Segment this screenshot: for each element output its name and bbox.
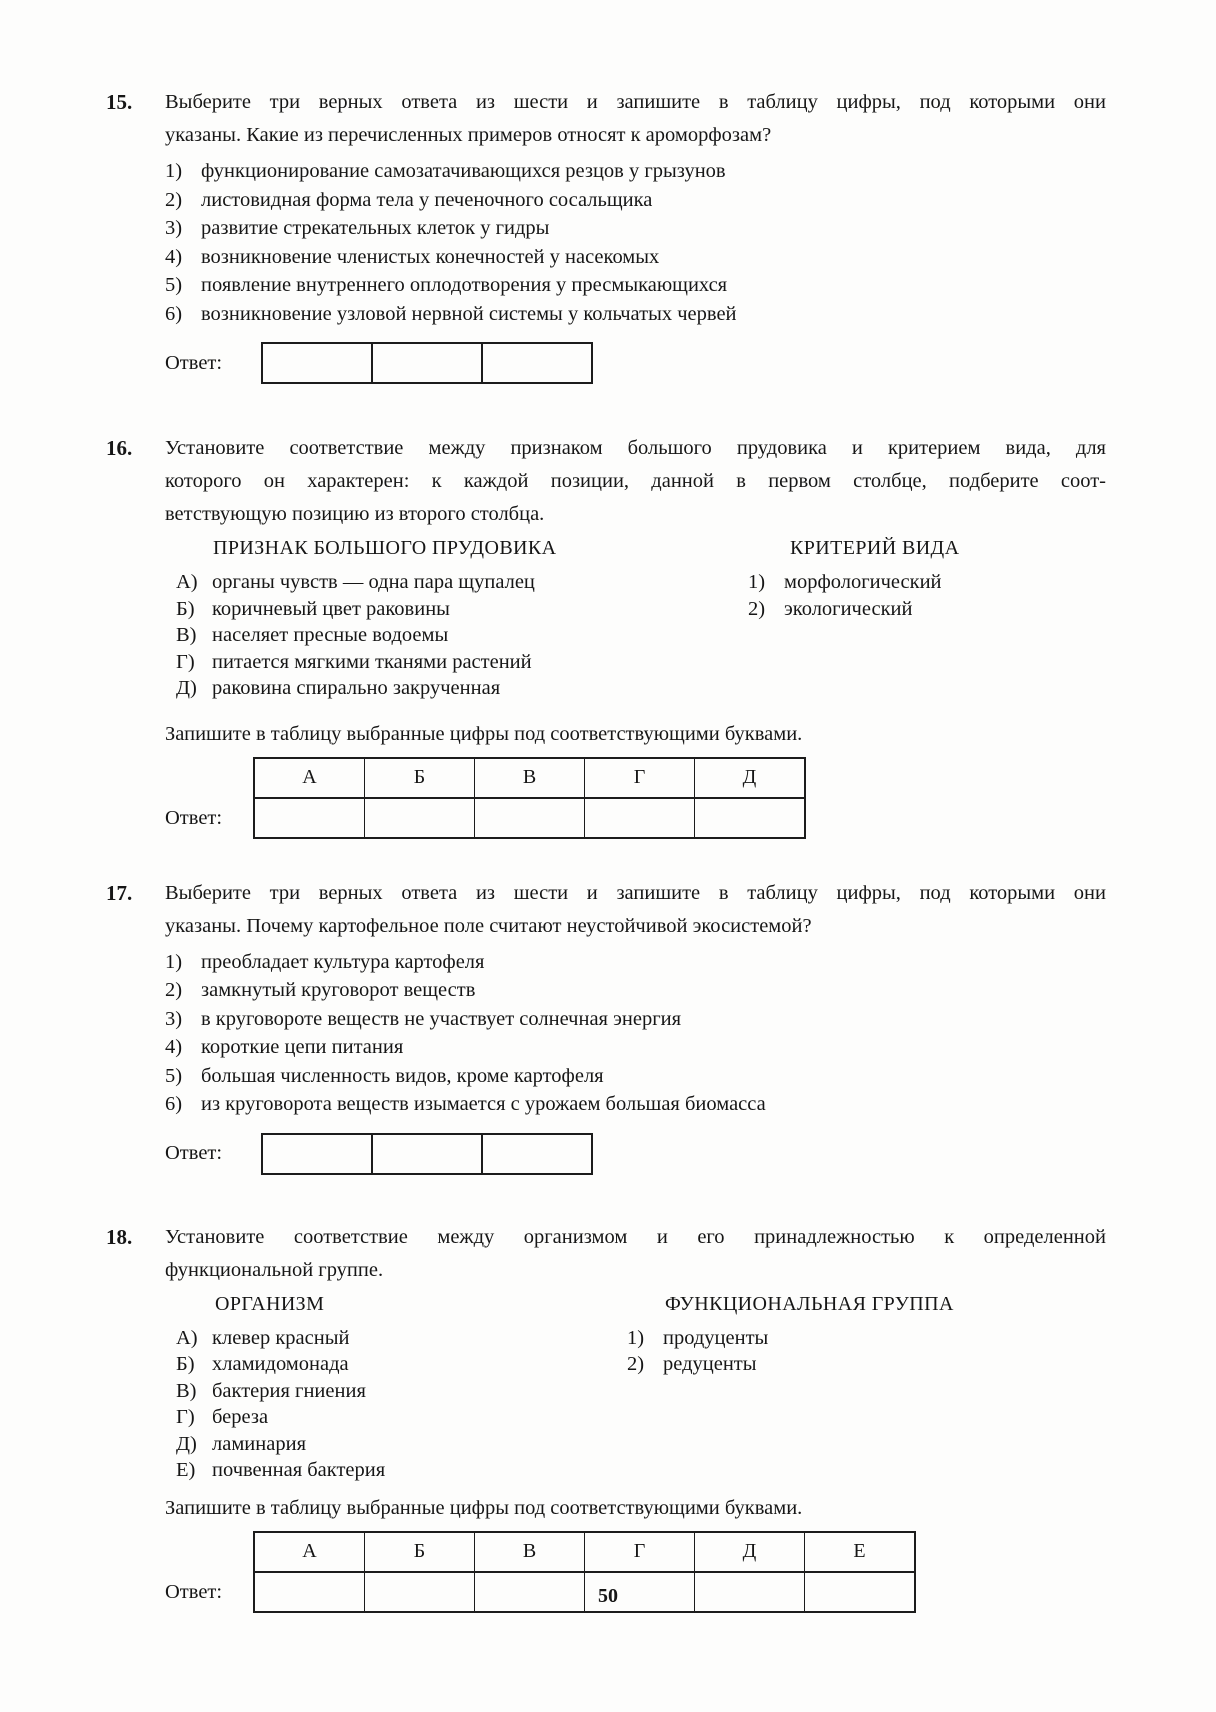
answer-cell[interactable]	[475, 799, 585, 837]
question-text-line: Установите соответствие между признаком …	[165, 432, 1106, 465]
option-item: 5)большая численность видов, кроме карто…	[165, 1062, 1106, 1091]
table-header-cell: Б	[365, 1533, 475, 1571]
match-right-column: 1)продуценты 2)редуценты	[627, 1325, 768, 1378]
match-item-text: продуценты	[663, 1325, 768, 1352]
match-item-letter: Д)	[176, 1431, 212, 1458]
match-item: Б)коричневый цвет раковины	[165, 596, 1106, 623]
option-number: 5)	[165, 1062, 201, 1091]
match-item-letter: В)	[176, 622, 212, 649]
match-headers: ПРИЗНАК БОЛЬШОГО ПРУДОВИКА КРИТЕРИЙ ВИДА	[165, 535, 1106, 566]
answer-cell[interactable]	[255, 799, 365, 837]
page-number: 50	[0, 1585, 1216, 1608]
table-header-cell: В	[475, 1533, 585, 1571]
match-item-letter: Б)	[176, 1351, 212, 1378]
table-header-cell: Г	[585, 759, 695, 797]
answer-cell[interactable]	[373, 344, 483, 382]
table-header-row: А Б В Г Д Е	[255, 1533, 914, 1573]
option-number: 4)	[165, 243, 201, 272]
options-list: 1)функционирование самозатачивающихся ре…	[165, 157, 1106, 328]
table-header-cell: Д	[695, 759, 804, 797]
answer-row-15: Ответ:	[165, 342, 1106, 384]
option-item: 2)листовидная форма тела у печеночного с…	[165, 186, 1106, 215]
option-text: в круговороте веществ не участвует солне…	[201, 1005, 681, 1034]
write-instruction: Запишите в таблицу выбранные цифры под с…	[165, 1492, 1106, 1525]
match-item-text: редуценты	[663, 1351, 757, 1378]
option-text: из круговорота веществ изымается с урожа…	[201, 1090, 766, 1119]
answer-label: Ответ:	[165, 1142, 261, 1165]
option-item: 3)в круговороте веществ не участвует сол…	[165, 1005, 1106, 1034]
match-left-column: А)органы чувств — одна пара щупалец Б)ко…	[165, 569, 1106, 702]
question-16-body: Установите соответствие между признаком …	[165, 432, 1106, 839]
option-item: 1)функционирование самозатачивающихся ре…	[165, 157, 1106, 186]
option-text: возникновение узловой нервной системы у …	[201, 300, 737, 329]
option-item: 1)преобладает культура картофеля	[165, 948, 1106, 977]
match-left-header: ОРГАНИЗМ	[215, 1293, 324, 1316]
answer-table-16: А Б В Г Д	[253, 757, 806, 839]
match-item-letter: Г)	[176, 1404, 212, 1431]
option-item: 4)возникновение членистых конечностей у …	[165, 243, 1106, 272]
answer-row-17: Ответ:	[165, 1133, 1106, 1175]
table-header-cell: А	[255, 759, 365, 797]
match-item-text: коричневый цвет раковины	[212, 596, 450, 623]
answer-label: Ответ:	[165, 352, 261, 375]
option-item: 4)короткие цепи питания	[165, 1033, 1106, 1062]
match-item-letter: В)	[176, 1378, 212, 1405]
question-17: 17. Выберите три верных ответа из шести …	[106, 877, 1106, 1175]
match-item-letter: Г)	[176, 649, 212, 676]
match-right-column: 1)морфологический 2)экологический	[748, 569, 942, 622]
match-item: 1)морфологический	[748, 569, 942, 596]
table-header-cell: А	[255, 1533, 365, 1571]
match-left-header: ПРИЗНАК БОЛЬШОГО ПРУДОВИКА	[213, 537, 557, 560]
match-item: Д)ламинария	[165, 1431, 1106, 1458]
answer-cell[interactable]	[695, 799, 804, 837]
match-item: В)бактерия гниения	[165, 1378, 1106, 1405]
match-item: Д)раковина спирально закрученная	[165, 675, 1106, 702]
option-number: 3)	[165, 214, 201, 243]
match-item-text: морфологический	[784, 569, 942, 596]
answer-cell[interactable]	[263, 344, 373, 382]
table-header-cell: Б	[365, 759, 475, 797]
question-18-body: Установите соответствие между организмом…	[165, 1221, 1106, 1613]
match-item-text: бактерия гниения	[212, 1378, 366, 1405]
question-15: 15. Выберите три верных ответа из шести …	[106, 86, 1106, 384]
option-number: 6)	[165, 1090, 201, 1119]
question-17-body: Выберите три верных ответа из шести и за…	[165, 877, 1106, 1175]
question-text-line: указаны. Почему картофельное поле считаю…	[165, 910, 1106, 943]
match-item-text: органы чувств — одна пара щупалец	[212, 569, 535, 596]
match-item-text: ламинария	[212, 1431, 306, 1458]
match-item: Е)почвенная бактерия	[165, 1457, 1106, 1484]
option-number: 1)	[165, 948, 201, 977]
option-text: возникновение членистых конечностей у на…	[201, 243, 659, 272]
question-16-number: 16.	[106, 432, 165, 839]
match-item: Г)береза	[165, 1404, 1106, 1431]
match-item: 1)продуценты	[627, 1325, 768, 1352]
answer-cell[interactable]	[585, 799, 695, 837]
table-header-cell: Д	[695, 1533, 805, 1571]
match-item: 2)редуценты	[627, 1351, 768, 1378]
match-item-text: раковина спирально закрученная	[212, 675, 500, 702]
answer-row-16: Ответ: А Б В Г Д	[165, 757, 1106, 839]
match-item-letter: Б)	[176, 596, 212, 623]
match-item-letter: Д)	[176, 675, 212, 702]
question-text-line: Выберите три верных ответа из шести и за…	[165, 86, 1106, 119]
match-item: Г)питается мягкими тканями растений	[165, 649, 1106, 676]
option-text: короткие цепи питания	[201, 1033, 403, 1062]
question-18: 18. Установите соответствие между органи…	[106, 1221, 1106, 1613]
match-item-text: экологический	[784, 596, 912, 623]
question-text-line: указаны. Какие из перечисленных примеров…	[165, 119, 1106, 152]
option-item: 6)возникновение узловой нервной системы …	[165, 300, 1106, 329]
option-item: 5)появление внутреннего оплодотворения у…	[165, 271, 1106, 300]
match-item-text: береза	[212, 1404, 268, 1431]
table-answer-row	[255, 799, 804, 837]
option-text: появление внутреннего оплодотворения у п…	[201, 271, 727, 300]
question-text-line: ветствующую позицию из второго столбца.	[165, 498, 1106, 531]
question-text-line: которого он характерен: к каждой позиции…	[165, 465, 1106, 498]
question-15-body: Выберите три верных ответа из шести и за…	[165, 86, 1106, 384]
match-item-text: хламидомонада	[212, 1351, 349, 1378]
match-columns: А)клевер красный Б)хламидомонада В)бакте…	[165, 1325, 1106, 1484]
match-item: 2)экологический	[748, 596, 942, 623]
option-number: 4)	[165, 1033, 201, 1062]
table-header-row: А Б В Г Д	[255, 759, 804, 799]
match-item-number: 1)	[627, 1325, 663, 1352]
match-item-number: 2)	[627, 1351, 663, 1378]
match-item-letter: А)	[176, 569, 212, 596]
option-item: 2)замкнутый круговорот веществ	[165, 976, 1106, 1005]
match-item-text: питается мягкими тканями растений	[212, 649, 532, 676]
match-item-text: почвенная бактерия	[212, 1457, 385, 1484]
match-item: А)органы чувств — одна пара щупалец	[165, 569, 1106, 596]
option-number: 1)	[165, 157, 201, 186]
match-item-text: клевер красный	[212, 1325, 349, 1352]
match-right-header: КРИТЕРИЙ ВИДА	[790, 537, 959, 560]
answer-label: Ответ:	[165, 807, 253, 839]
table-header-cell: Е	[805, 1533, 914, 1571]
match-item: В)населяет пресные водоемы	[165, 622, 1106, 649]
exam-page: 15. Выберите три верных ответа из шести …	[0, 0, 1216, 1712]
answer-boxes-15	[261, 342, 593, 384]
option-number: 3)	[165, 1005, 201, 1034]
answer-cell[interactable]	[373, 1135, 483, 1173]
match-item-text: населяет пресные водоемы	[212, 622, 448, 649]
match-item-number: 1)	[748, 569, 784, 596]
option-text: большая численность видов, кроме картофе…	[201, 1062, 604, 1091]
question-15-number: 15.	[106, 86, 165, 384]
question-text-line: функциональной группе.	[165, 1254, 1106, 1287]
answer-cell[interactable]	[483, 344, 591, 382]
answer-cell[interactable]	[263, 1135, 373, 1173]
match-right-header: ФУНКЦИОНАЛЬНАЯ ГРУППА	[665, 1293, 954, 1316]
option-text: преобладает культура картофеля	[201, 948, 484, 977]
option-item: 6)из круговорота веществ изымается с уро…	[165, 1090, 1106, 1119]
question-text-line: Выберите три верных ответа из шести и за…	[165, 877, 1106, 910]
question-18-number: 18.	[106, 1221, 165, 1613]
option-text: развитие стрекательных клеток у гидры	[201, 214, 549, 243]
option-text: функционирование самозатачивающихся резц…	[201, 157, 726, 186]
options-list: 1)преобладает культура картофеля 2)замкн…	[165, 948, 1106, 1119]
option-number: 2)	[165, 186, 201, 215]
option-number: 6)	[165, 300, 201, 329]
match-item-number: 2)	[748, 596, 784, 623]
option-item: 3)развитие стрекательных клеток у гидры	[165, 214, 1106, 243]
match-columns: А)органы чувств — одна пара щупалец Б)ко…	[165, 569, 1106, 702]
option-number: 5)	[165, 271, 201, 300]
question-16: 16. Установите соответствие между призна…	[106, 432, 1106, 839]
option-number: 2)	[165, 976, 201, 1005]
write-instruction: Запишите в таблицу выбранные цифры под с…	[165, 718, 1106, 751]
table-header-cell: Г	[585, 1533, 695, 1571]
option-text: листовидная форма тела у печеночного сос…	[201, 186, 652, 215]
answer-cell[interactable]	[365, 799, 475, 837]
answer-cell[interactable]	[483, 1135, 591, 1173]
question-text-line: Установите соответствие между организмом…	[165, 1221, 1106, 1254]
match-item-letter: Е)	[176, 1457, 212, 1484]
match-headers: ОРГАНИЗМ ФУНКЦИОНАЛЬНАЯ ГРУППА	[165, 1291, 1106, 1322]
table-header-cell: В	[475, 759, 585, 797]
option-text: замкнутый круговорот веществ	[201, 976, 475, 1005]
match-item-letter: А)	[176, 1325, 212, 1352]
page-content: 15. Выберите три верных ответа из шести …	[106, 86, 1106, 1613]
question-17-number: 17.	[106, 877, 165, 1175]
answer-boxes-17	[261, 1133, 593, 1175]
